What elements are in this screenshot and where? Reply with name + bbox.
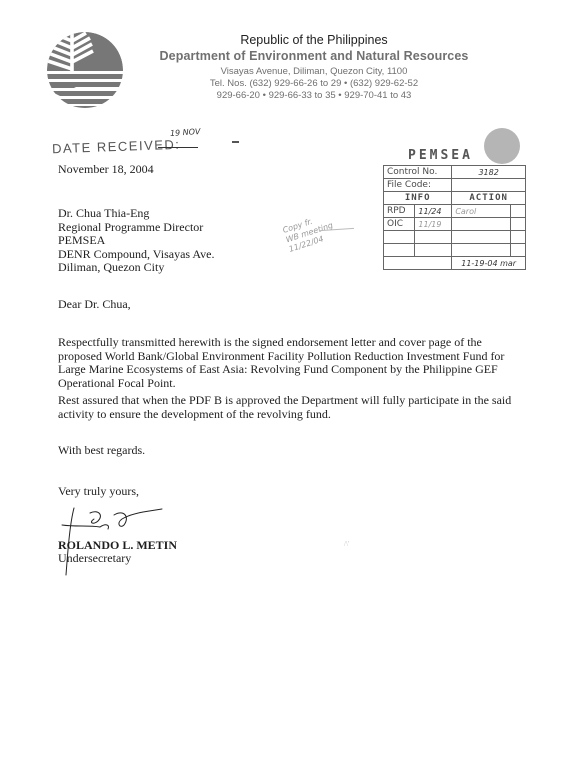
paragraph-line: Rest assured that when the PDF B is appr… bbox=[58, 394, 511, 408]
letterhead-republic: Republic of the Philippines bbox=[150, 33, 478, 47]
denr-tree-logo-icon bbox=[46, 31, 124, 109]
file-code-label: File Code: bbox=[384, 179, 452, 192]
pemsea-routing-stamp: Control No. 3182 File Code: INFO ACTION … bbox=[383, 165, 526, 270]
stamp-row-headers: INFO ACTION bbox=[384, 192, 526, 205]
info-date: 11/19 bbox=[415, 218, 452, 231]
stamp-row-footer: 11-19-04 mar bbox=[384, 257, 526, 270]
paragraph-line: Respectfully transmitted herewith is the… bbox=[58, 336, 504, 350]
letterhead-department: Department of Environment and Natural Re… bbox=[150, 49, 478, 63]
paragraph-line: Large Marine Ecosystems of East Asia: Re… bbox=[58, 363, 504, 377]
date-received-value: 19 NOV bbox=[170, 127, 201, 138]
date-received-line bbox=[158, 147, 198, 148]
info-label bbox=[384, 244, 415, 257]
letterhead-telephone-2: 929-66-20 • 929-66-33 to 35 • 929-70-41 … bbox=[150, 90, 478, 101]
stamp-row bbox=[384, 244, 526, 257]
info-label bbox=[384, 231, 415, 244]
letterhead-address: Visayas Avenue, Diliman, Quezon City, 11… bbox=[150, 66, 478, 77]
info-label: RPD bbox=[384, 205, 415, 218]
action-extra bbox=[511, 218, 526, 231]
control-no-value: 3182 bbox=[452, 166, 526, 179]
control-no-label: Control No. bbox=[384, 166, 452, 179]
action-assignee bbox=[452, 231, 511, 244]
stamp-row: OIC 11/19 bbox=[384, 218, 526, 231]
action-assignee bbox=[452, 218, 511, 231]
info-date bbox=[415, 231, 452, 244]
recipient-line: Dr. Chua Thia-Eng bbox=[58, 207, 215, 221]
closing-regards: With best regards. bbox=[58, 444, 145, 458]
recipient-line: PEMSEA bbox=[58, 234, 215, 248]
letterhead-telephone-1: Tel. Nos. (632) 929-66-26 to 29 • (632) … bbox=[150, 78, 478, 89]
action-assignee: Carol bbox=[452, 205, 511, 218]
stamp-row-file-code: File Code: bbox=[384, 179, 526, 192]
stamp-row: RPD 11/24 Carol bbox=[384, 205, 526, 218]
action-extra bbox=[511, 244, 526, 257]
letter-date: November 18, 2004 bbox=[58, 163, 154, 177]
paragraph-line: activity to ensure the development of th… bbox=[58, 408, 511, 422]
recipient-line: Diliman, Quezon City bbox=[58, 261, 215, 275]
info-date: 11/24 bbox=[415, 205, 452, 218]
body-paragraph-2: Rest assured that when the PDF B is appr… bbox=[58, 394, 511, 421]
recipient-line: Regional Programme Director bbox=[58, 221, 215, 235]
action-assignee bbox=[452, 244, 511, 257]
stamp-footer-note: 11-19-04 mar bbox=[452, 257, 526, 270]
paragraph-line: proposed World Bank/Global Environment F… bbox=[58, 350, 504, 364]
stamp-row-control: Control No. 3182 bbox=[384, 166, 526, 179]
signer-title: Undersecretary bbox=[58, 552, 131, 566]
stamp-row bbox=[384, 231, 526, 244]
action-extra bbox=[511, 231, 526, 244]
closing-valediction: Very truly yours, bbox=[58, 485, 139, 499]
paragraph-line: Operational Focal Point. bbox=[58, 377, 504, 391]
recipient-block: Dr. Chua Thia-Eng Regional Programme Dir… bbox=[58, 207, 215, 275]
handwritten-margin-note: Copy fr. WB meeting 11/22/04 bbox=[282, 211, 338, 255]
faint-scan-mark: /\' bbox=[344, 540, 349, 548]
stamp-footer-blank bbox=[384, 257, 452, 270]
info-header: INFO bbox=[384, 192, 452, 205]
action-header: ACTION bbox=[452, 192, 526, 205]
pemsea-stamp-title: PEMSEA bbox=[408, 148, 473, 163]
stamp-punch-hole bbox=[484, 128, 520, 164]
info-date bbox=[415, 244, 452, 257]
info-label: OIC bbox=[384, 218, 415, 231]
body-paragraph-1: Respectfully transmitted herewith is the… bbox=[58, 336, 504, 390]
action-extra bbox=[511, 205, 526, 218]
stray-mark bbox=[232, 141, 239, 143]
file-code-value bbox=[452, 179, 526, 192]
recipient-line: DENR Compound, Visayas Ave. bbox=[58, 248, 215, 262]
salutation: Dear Dr. Chua, bbox=[58, 298, 131, 312]
